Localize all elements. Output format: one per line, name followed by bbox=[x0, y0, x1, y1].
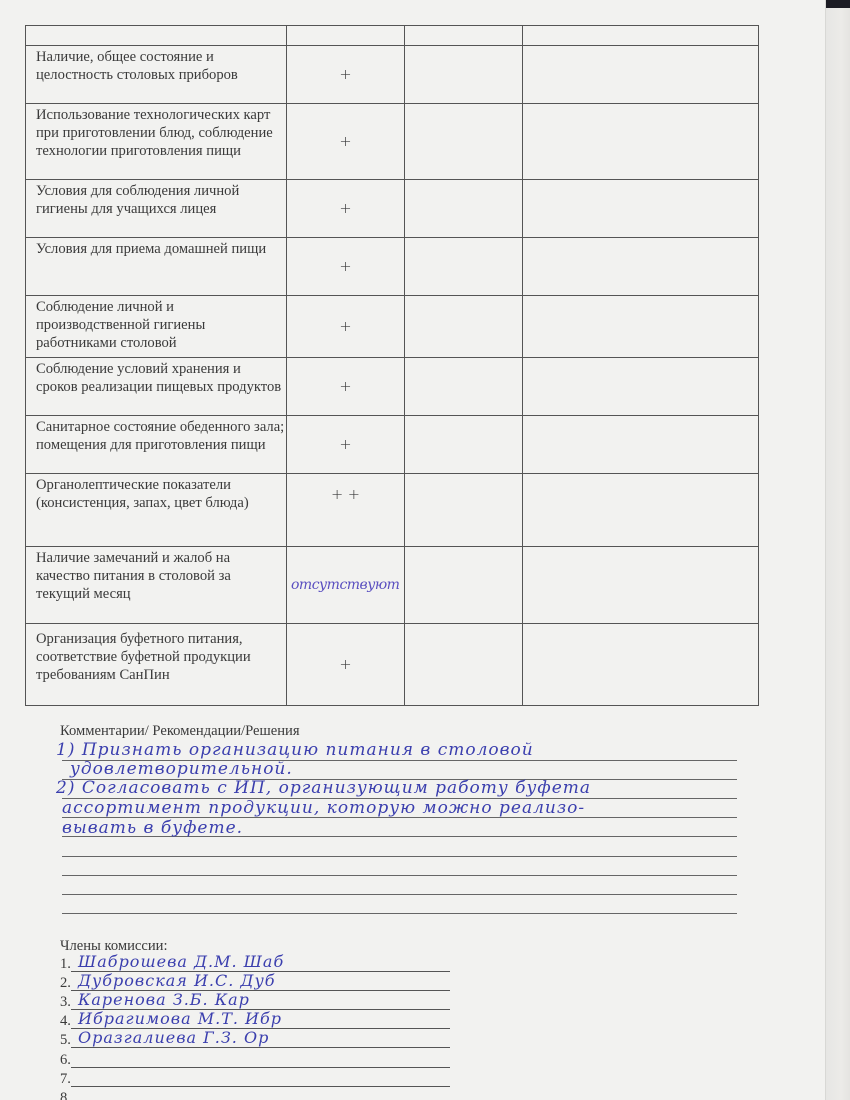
member-number: 6. bbox=[60, 1052, 71, 1069]
handwritten-mark: + bbox=[287, 296, 405, 358]
member-signature-row: 8. bbox=[60, 1090, 450, 1100]
table-row: Соблюдение личной и производственной гиг… bbox=[26, 296, 759, 358]
ruled-line bbox=[62, 913, 737, 914]
criterion-cell: Организация буфетного питания, соответст… bbox=[26, 624, 287, 706]
handwritten-mark: + bbox=[287, 238, 405, 296]
member-number: 5. bbox=[60, 1032, 71, 1049]
criterion-cell: Наличие замечаний и жалоб на качество пи… bbox=[26, 547, 287, 624]
handwritten-comment: ассортимент продукции, которую можно реа… bbox=[62, 798, 585, 818]
criterion-cell: Наличие, общее состояние и целостность с… bbox=[26, 46, 287, 104]
table-row: Условия для приема домашней пищи + bbox=[26, 238, 759, 296]
member-number: 1. bbox=[60, 956, 71, 973]
empty-cell bbox=[405, 180, 523, 238]
empty-cell bbox=[523, 104, 759, 180]
comments-label: Комментарии/ Рекомендации/Решения bbox=[60, 723, 300, 740]
empty-cell bbox=[523, 474, 759, 547]
member-signature: Дубровская И.С. Дуб bbox=[78, 971, 275, 990]
ruled-line bbox=[62, 875, 737, 876]
empty-cell bbox=[405, 474, 523, 547]
member-number: 7. bbox=[60, 1071, 71, 1088]
member-signature-row: 7. bbox=[60, 1071, 450, 1089]
criterion-cell: Соблюдение личной и производственной гиг… bbox=[26, 296, 287, 358]
inspection-checklist-table: Наличие, общее состояние и целостность с… bbox=[25, 25, 759, 706]
handwritten-mark: + + bbox=[287, 474, 405, 547]
empty-cell bbox=[405, 104, 523, 180]
member-signature: Ибрагимова М.Т. Ибр bbox=[78, 1009, 282, 1028]
criterion-cell: Использование технологических карт при п… bbox=[26, 104, 287, 180]
ruled-line bbox=[62, 856, 737, 857]
table-row: Наличие, общее состояние и целостность с… bbox=[26, 46, 759, 104]
criterion-cell: Соблюдение условий хранения и сроков реа… bbox=[26, 358, 287, 416]
signature-line bbox=[71, 1086, 450, 1087]
handwritten-mark: отсутствуют bbox=[287, 547, 405, 624]
table-row: Организация буфетного питания, соответст… bbox=[26, 624, 759, 706]
member-number: 2. bbox=[60, 975, 71, 992]
ruled-line bbox=[62, 894, 737, 895]
empty-cell bbox=[523, 296, 759, 358]
handwritten-mark: + bbox=[287, 358, 405, 416]
member-number: 8. bbox=[60, 1090, 71, 1100]
table-row: Санитарное состояние обеденного зала; по… bbox=[26, 416, 759, 474]
empty-cell bbox=[405, 238, 523, 296]
handwritten-mark: + bbox=[287, 104, 405, 180]
criterion-text: Соблюдение личной и производственной гиг… bbox=[36, 296, 286, 352]
handwritten-mark: + bbox=[287, 624, 405, 706]
criterion-cell: Условия для соблюдения личной гигиены дл… bbox=[26, 180, 287, 238]
empty-cell bbox=[523, 180, 759, 238]
table-header-row bbox=[26, 26, 759, 46]
empty-cell bbox=[523, 46, 759, 104]
criterion-cell: Санитарное состояние обеденного зала; по… bbox=[26, 416, 287, 474]
empty-cell bbox=[523, 624, 759, 706]
scan-edge-dark bbox=[826, 0, 850, 8]
header-cell bbox=[26, 26, 287, 46]
handwritten-mark: + bbox=[287, 180, 405, 238]
empty-cell bbox=[405, 547, 523, 624]
header-cell bbox=[287, 26, 405, 46]
handwritten-comment: 1) Признать организацию питания в столов… bbox=[56, 740, 534, 760]
empty-cell bbox=[405, 296, 523, 358]
member-signature-row: 6. bbox=[60, 1052, 450, 1070]
handwritten-comment: 2) Согласовать с ИП, организующим работу… bbox=[56, 778, 591, 798]
table-row: Использование технологических карт при п… bbox=[26, 104, 759, 180]
empty-cell bbox=[523, 416, 759, 474]
header-cell bbox=[523, 26, 759, 46]
criterion-text: Наличие, общее состояние и целостность с… bbox=[36, 46, 286, 84]
scan-edge bbox=[825, 0, 850, 1100]
table-row: Органолептические показатели (консистенц… bbox=[26, 474, 759, 547]
criterion-text: Органолептические показатели (консистенц… bbox=[36, 474, 286, 512]
criterion-text: Использование технологических карт при п… bbox=[36, 104, 286, 160]
member-signature-row: 5. Оразгалиева Г.З. Ор bbox=[60, 1032, 450, 1050]
signature-line bbox=[71, 1047, 450, 1048]
table-row: Условия для соблюдения личной гигиены дл… bbox=[26, 180, 759, 238]
criterion-cell: Органолептические показатели (консистенц… bbox=[26, 474, 287, 547]
criterion-text: Организация буфетного питания, соответст… bbox=[36, 624, 286, 684]
criterion-text: Условия для соблюдения личной гигиены дл… bbox=[36, 180, 286, 218]
member-signature: Шаброшева Д.М. Шаб bbox=[78, 952, 284, 971]
table-row: Соблюдение условий хранения и сроков реа… bbox=[26, 358, 759, 416]
header-cell bbox=[405, 26, 523, 46]
empty-cell bbox=[405, 46, 523, 104]
empty-cell bbox=[523, 238, 759, 296]
criterion-text: Санитарное состояние обеденного зала; по… bbox=[36, 416, 286, 454]
member-signature: Оразгалиева Г.З. Ор bbox=[78, 1028, 269, 1047]
empty-cell bbox=[523, 358, 759, 416]
handwritten-mark: + bbox=[287, 416, 405, 474]
empty-cell bbox=[405, 624, 523, 706]
handwritten-mark: + bbox=[287, 46, 405, 104]
criterion-text: Наличие замечаний и жалоб на качество пи… bbox=[36, 547, 286, 603]
criterion-cell: Условия для приема домашней пищи bbox=[26, 238, 287, 296]
table-row: Наличие замечаний и жалоб на качество пи… bbox=[26, 547, 759, 624]
member-number: 3. bbox=[60, 994, 71, 1011]
signature-line bbox=[71, 1067, 450, 1068]
handwritten-comment: вывать в буфете. bbox=[62, 818, 243, 838]
criterion-text: Соблюдение условий хранения и сроков реа… bbox=[36, 358, 286, 396]
empty-cell bbox=[523, 547, 759, 624]
member-signature: Каренова З.Б. Кар bbox=[78, 990, 250, 1009]
empty-cell bbox=[405, 416, 523, 474]
handwritten-comment: удовлетворительной. bbox=[70, 759, 293, 779]
criterion-text: Условия для приема домашней пищи bbox=[36, 238, 286, 258]
empty-cell bbox=[405, 358, 523, 416]
member-number: 4. bbox=[60, 1013, 71, 1030]
